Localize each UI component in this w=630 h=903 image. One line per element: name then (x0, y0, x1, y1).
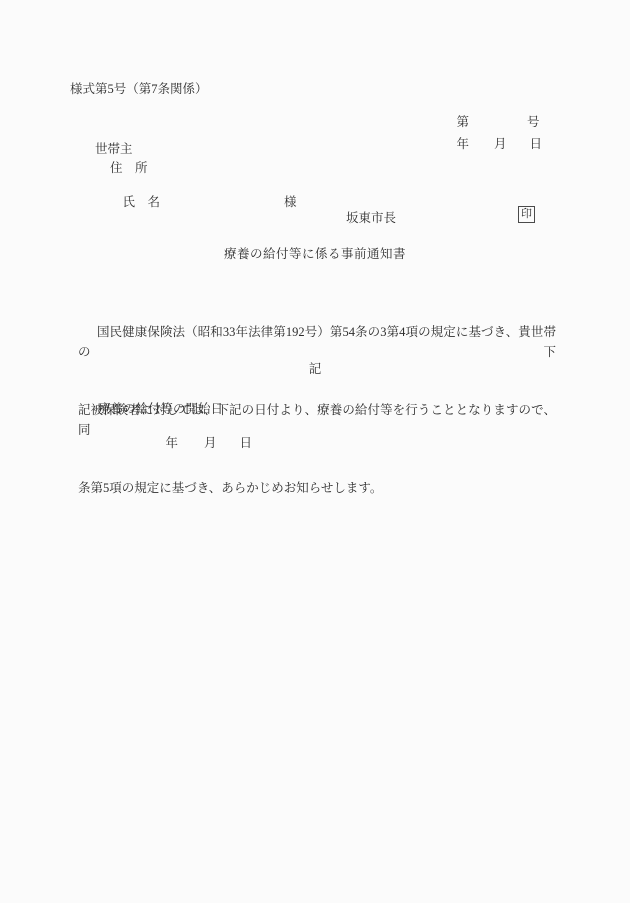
benefit-start-date-line: 年月日 (153, 418, 252, 466)
official-seal: 印 (518, 206, 535, 223)
issue-date-line: 年月日 (444, 119, 542, 167)
document-title: 療養の給付等に係る事前通知書 (0, 244, 630, 262)
start-date-year-label: 年 (166, 436, 179, 450)
benefit-start-date-label: 療養の給付等の開始日 (98, 399, 223, 417)
issue-date-day-label: 日 (530, 134, 543, 152)
document-page: 様式第5号（第7条関係） 第号 年月日 世帯主 住 所 氏 名様 坂東市長 印 … (0, 0, 630, 903)
honorific-sama: 様 (284, 192, 297, 210)
address-label: 住 所 (110, 158, 148, 176)
name-line: 氏 名様 (110, 177, 297, 225)
body-line: 国民健康保険法（昭和33年法律第192号）第54条の3第4項の規定に基づき、貴世… (78, 323, 556, 362)
notice-heading-ki: 記 (0, 359, 630, 377)
name-label: 氏 名 (123, 195, 161, 209)
body-line: 条第5項の規定に基づき、あらかじめお知らせします。 (78, 479, 556, 499)
issue-date-year-label: 年 (457, 137, 470, 151)
mayor-name: 坂東市長 (346, 208, 396, 226)
issue-date-month-label: 月 (494, 134, 507, 152)
form-number: 様式第5号（第7条関係） (70, 79, 208, 97)
start-date-day-label: 日 (240, 433, 253, 451)
start-date-month-label: 月 (204, 433, 217, 451)
householder-label: 世帯主 (95, 139, 133, 157)
